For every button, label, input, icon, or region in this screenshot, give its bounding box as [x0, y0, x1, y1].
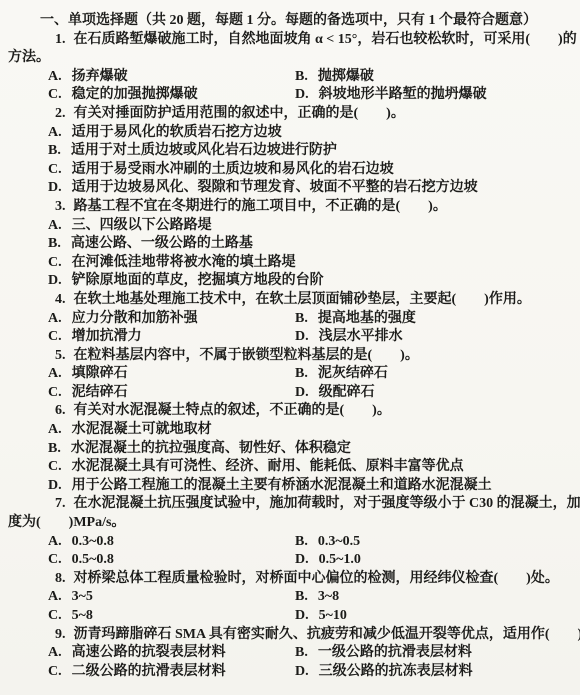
option-label: C.: [48, 162, 62, 177]
question-stem-line: 3.路基工程不宜在冬期进行的施工项目中，不正确的是( )。: [0, 198, 580, 217]
option: C.泥结碎石: [48, 384, 295, 403]
option-text: 0.3~0.8: [72, 534, 114, 549]
option: C.增加抗滑力: [48, 328, 295, 347]
option-text: 3~8: [318, 589, 339, 604]
question-stem-text: 沥青玛蹄脂碎石 SMA 具有密实耐久、抗疲劳和减少低温开裂等优点，适用作( )。: [74, 627, 580, 642]
option: D.斜坡地形半路堑的抛坍爆破: [295, 86, 580, 105]
option-label: B.: [48, 441, 61, 456]
option: B.0.3~0.5: [295, 533, 580, 552]
option-label: D.: [48, 273, 62, 288]
question-number: 9.: [55, 627, 66, 642]
option-label: C.: [48, 87, 62, 102]
option-text: 适用于对土质边坡或风化岩石边坡进行防护: [71, 143, 337, 158]
option-text: 应力分散和加筋补强: [72, 311, 198, 326]
option-row: D.适用于边坡易风化、裂隙和节理发育、坡面不平整的岩石挖方边坡: [0, 179, 580, 198]
option: D.5~10: [295, 607, 580, 626]
option: C.0.5~0.8: [48, 551, 295, 570]
option: B.高速公路、一级公路的土路基: [48, 235, 253, 254]
question-stem-line: 4.在软土地基处理施工技术中，在软土层顶面铺砂垫层，主要起( )作用。: [0, 291, 580, 310]
option: C.5~8: [48, 607, 295, 626]
question-stem-line: 9.沥青玛蹄脂碎石 SMA 具有密实耐久、抗疲劳和减少低温开裂等优点，适用作( …: [0, 626, 580, 645]
question-number: 5.: [55, 348, 66, 363]
option-row: C.适用于易受雨水冲刷的土质边坡和易风化的岩石边坡: [0, 161, 580, 180]
option-row: A.高速公路的抗裂表层材料B.一级公路的抗滑表层材料: [0, 644, 580, 663]
option-text: 填隙碎石: [72, 366, 128, 381]
option: C.适用于易受雨水冲刷的土质边坡和易风化的岩石边坡: [48, 161, 394, 180]
option-text: 0.5~0.8: [72, 552, 114, 567]
option-text: 提高地基的强度: [318, 311, 416, 326]
option-text: 增加抗滑力: [72, 329, 142, 344]
option-text: 三级公路的抗冻表层材料: [319, 664, 473, 679]
option: A.高速公路的抗裂表层材料: [48, 644, 295, 663]
option-label: D.: [295, 608, 309, 623]
option-label: A.: [48, 645, 62, 660]
option-text: 扬弃爆破: [72, 69, 128, 84]
option-row: A.填隙碎石B.泥灰结碎石: [0, 365, 580, 384]
option: A.扬弃爆破: [48, 68, 295, 87]
option: D.0.5~1.0: [295, 551, 580, 570]
option: D.浅层水平排水: [295, 328, 580, 347]
option-text: 斜坡地形半路堑的抛坍爆破: [319, 87, 487, 102]
option-row: D.用于公路工程施工的混凝土主要有桥涵水泥混凝土和道路水泥混凝土: [0, 477, 580, 496]
question-stem-text: 度为( )MPa/s。: [8, 515, 125, 530]
option-row: C.水泥混凝土具有可浇性、经济、耐用、能耗低、原料丰富等优点: [0, 458, 580, 477]
option-row: C.在河滩低洼地带将被水淹的填土路堤: [0, 254, 580, 273]
option-text: 水泥混凝土的抗拉强度高、韧性好、体积稳定: [71, 441, 351, 456]
option-row: C.二级公路的抗滑表层材料D.三级公路的抗冻表层材料: [0, 663, 580, 682]
option-label: D.: [295, 552, 309, 567]
question-stem-text: 有关对水泥混凝土特点的叙述，不正确的是( )。: [74, 403, 391, 418]
questions: 1.在石质路堑爆破施工时，自然地面坡角 α < 15°，岩石也较松软时，可采用(…: [0, 31, 580, 682]
question-stem-text: 在石质路堑爆破施工时，自然地面坡角 α < 15°，岩石也较松软时，可采用( )…: [74, 32, 577, 47]
option-label: B.: [48, 236, 61, 251]
question-number: 3.: [55, 199, 66, 214]
option: A.填隙碎石: [48, 365, 295, 384]
option: D.三级公路的抗冻表层材料: [295, 663, 580, 682]
option-label: B.: [295, 534, 308, 549]
question-stem-text: 路基工程不宜在冬期进行的施工项目中，不正确的是( )。: [74, 199, 447, 214]
question-number: 7.: [55, 496, 66, 511]
option-label: A.: [48, 311, 62, 326]
option-row: A.3~5B.3~8: [0, 588, 580, 607]
question-stem-line: 7.在水泥混凝土抗压强度试验中，施加荷载时，对于强度等级小于 C30 的混凝土，…: [0, 495, 580, 514]
option: D.铲除原地面的草皮，挖掘填方地段的台阶: [48, 272, 324, 291]
option-label: A.: [48, 534, 62, 549]
option-row: C.0.5~0.8D.0.5~1.0: [0, 551, 580, 570]
option-text: 二级公路的抗滑表层材料: [72, 664, 226, 679]
question-number: 4.: [55, 292, 66, 307]
question-stem-text: 有关对捶面防护适用范围的叙述中，正确的是( )。: [74, 106, 405, 121]
option-row: C.增加抗滑力D.浅层水平排水: [0, 328, 580, 347]
question-stem-text: 在水泥混凝土抗压强度试验中，施加荷载时，对于强度等级小于 C30 的混凝土，加载…: [74, 496, 580, 511]
option-label: B.: [295, 589, 308, 604]
section-heading: 一、单项选择题（共 20 题，每题 1 分。每题的备选项中，只有 1 个最符合题…: [0, 12, 580, 31]
option: B.提高地基的强度: [295, 310, 580, 329]
question-stem-text: 在软土地基处理施工技术中，在软土层顶面铺砂垫层，主要起( )作用。: [74, 292, 531, 307]
option-text: 泥结碎石: [72, 385, 128, 400]
question-stem-line: 2.有关对捶面防护适用范围的叙述中，正确的是( )。: [0, 105, 580, 124]
question-number: 8.: [55, 571, 66, 586]
option-label: D.: [48, 478, 62, 493]
option-text: 在河滩低洼地带将被水淹的填土路堤: [72, 255, 296, 270]
option-text: 高速公路、一级公路的土路基: [71, 236, 253, 251]
question-stem-text: 对桥梁总体工程质量检验时，对桥面中心偏位的检测，用经纬仪检查( )处。: [74, 571, 559, 586]
question-stem-line: 方法。: [0, 49, 580, 68]
option: C.水泥混凝土具有可浇性、经济、耐用、能耗低、原料丰富等优点: [48, 458, 464, 477]
option-text: 铲除原地面的草皮，挖掘填方地段的台阶: [72, 273, 324, 288]
option-label: A.: [48, 589, 62, 604]
option-row: A.水泥混凝土可就地取材: [0, 421, 580, 440]
option: B.水泥混凝土的抗拉强度高、韧性好、体积稳定: [48, 440, 351, 459]
option: C.在河滩低洼地带将被水淹的填土路堤: [48, 254, 296, 273]
option-text: 级配碎石: [319, 385, 375, 400]
option-row: A.三、四级以下公路路堤: [0, 217, 580, 236]
option-label: C.: [48, 664, 62, 679]
option: D.用于公路工程施工的混凝土主要有桥涵水泥混凝土和道路水泥混凝土: [48, 477, 492, 496]
option-text: 5~8: [72, 608, 93, 623]
option-text: 三、四级以下公路路堤: [72, 218, 212, 233]
option-text: 一级公路的抗滑表层材料: [318, 645, 472, 660]
option-label: C.: [48, 329, 62, 344]
option-label: B.: [295, 311, 308, 326]
option: B.3~8: [295, 588, 580, 607]
option-label: C.: [48, 608, 62, 623]
question-stem-line: 1.在石质路堑爆破施工时，自然地面坡角 α < 15°，岩石也较松软时，可采用(…: [0, 31, 580, 50]
option-label: C.: [48, 459, 62, 474]
option-label: B.: [295, 645, 308, 660]
option-label: D.: [295, 664, 309, 679]
option-label: C.: [48, 255, 62, 270]
option-label: B.: [48, 143, 61, 158]
option: C.稳定的加强抛掷爆破: [48, 86, 295, 105]
option-label: A.: [48, 422, 62, 437]
option-row: B.高速公路、一级公路的土路基: [0, 235, 580, 254]
option-text: 适用于易风化的软质岩石挖方边坡: [72, 125, 282, 140]
option-row: B.水泥混凝土的抗拉强度高、韧性好、体积稳定: [0, 440, 580, 459]
option-row: B.适用于对土质边坡或风化岩石边坡进行防护: [0, 142, 580, 161]
option-label: D.: [295, 87, 309, 102]
option-text: 用于公路工程施工的混凝土主要有桥涵水泥混凝土和道路水泥混凝土: [72, 478, 492, 493]
option: A.应力分散和加筋补强: [48, 310, 295, 329]
option: A.适用于易风化的软质岩石挖方边坡: [48, 124, 282, 143]
option-row: A.应力分散和加筋补强B.提高地基的强度: [0, 310, 580, 329]
option-text: 稳定的加强抛掷爆破: [72, 87, 198, 102]
question-number: 2.: [55, 106, 66, 121]
question-stem-text: 方法。: [8, 50, 50, 65]
option-label: D.: [295, 385, 309, 400]
option: D.适用于边坡易风化、裂隙和节理发育、坡面不平整的岩石挖方边坡: [48, 179, 478, 198]
option-label: D.: [48, 180, 62, 195]
option-label: D.: [295, 329, 309, 344]
question-number: 1.: [55, 32, 66, 47]
option-label: C.: [48, 552, 62, 567]
question-stem-line: 度为( )MPa/s。: [0, 514, 580, 533]
question-number: 6.: [55, 403, 66, 418]
option-label: A.: [48, 366, 62, 381]
option-text: 水泥混凝土可就地取材: [72, 422, 212, 437]
option-text: 适用于边坡易风化、裂隙和节理发育、坡面不平整的岩石挖方边坡: [72, 180, 478, 195]
option-text: 抛掷爆破: [318, 69, 374, 84]
option-label: B.: [295, 366, 308, 381]
option: B.泥灰结碎石: [295, 365, 580, 384]
option: A.三、四级以下公路路堤: [48, 217, 212, 236]
option-label: C.: [48, 385, 62, 400]
option-row: C.稳定的加强抛掷爆破D.斜坡地形半路堑的抛坍爆破: [0, 86, 580, 105]
option: B.抛掷爆破: [295, 68, 580, 87]
option-text: 浅层水平排水: [319, 329, 403, 344]
question-stem-text: 在粒料基层内容中，不属于嵌锁型粒料基层的是( )。: [74, 348, 419, 363]
option: D.级配碎石: [295, 384, 580, 403]
question-stem-line: 5.在粒料基层内容中，不属于嵌锁型粒料基层的是( )。: [0, 347, 580, 366]
option-text: 0.3~0.5: [318, 534, 360, 549]
option-row: C.泥结碎石D.级配碎石: [0, 384, 580, 403]
option-row: A.扬弃爆破B.抛掷爆破: [0, 68, 580, 87]
option: A.水泥混凝土可就地取材: [48, 421, 212, 440]
option-label: A.: [48, 69, 62, 84]
option-text: 0.5~1.0: [319, 552, 361, 567]
exam-page: 一、单项选择题（共 20 题，每题 1 分。每题的备选项中，只有 1 个最符合题…: [0, 0, 580, 695]
option-label: A.: [48, 125, 62, 140]
option-label: A.: [48, 218, 62, 233]
option-row: C.5~8D.5~10: [0, 607, 580, 626]
option-text: 水泥混凝土具有可浇性、经济、耐用、能耗低、原料丰富等优点: [72, 459, 464, 474]
option: A.0.3~0.8: [48, 533, 295, 552]
option-label: B.: [295, 69, 308, 84]
option-text: 适用于易受雨水冲刷的土质边坡和易风化的岩石边坡: [72, 162, 394, 177]
option-text: 5~10: [319, 608, 347, 623]
option-row: A.适用于易风化的软质岩石挖方边坡: [0, 124, 580, 143]
option-text: 高速公路的抗裂表层材料: [72, 645, 226, 660]
option-row: A.0.3~0.8B.0.3~0.5: [0, 533, 580, 552]
question-stem-line: 6.有关对水泥混凝土特点的叙述，不正确的是( )。: [0, 402, 580, 421]
option-text: 3~5: [72, 589, 93, 604]
option: B.适用于对土质边坡或风化岩石边坡进行防护: [48, 142, 337, 161]
question-stem-line: 8.对桥梁总体工程质量检验时，对桥面中心偏位的检测，用经纬仪检查( )处。: [0, 570, 580, 589]
option-row: D.铲除原地面的草皮，挖掘填方地段的台阶: [0, 272, 580, 291]
option: C.二级公路的抗滑表层材料: [48, 663, 295, 682]
option-text: 泥灰结碎石: [318, 366, 388, 381]
option: B.一级公路的抗滑表层材料: [295, 644, 580, 663]
option: A.3~5: [48, 588, 295, 607]
